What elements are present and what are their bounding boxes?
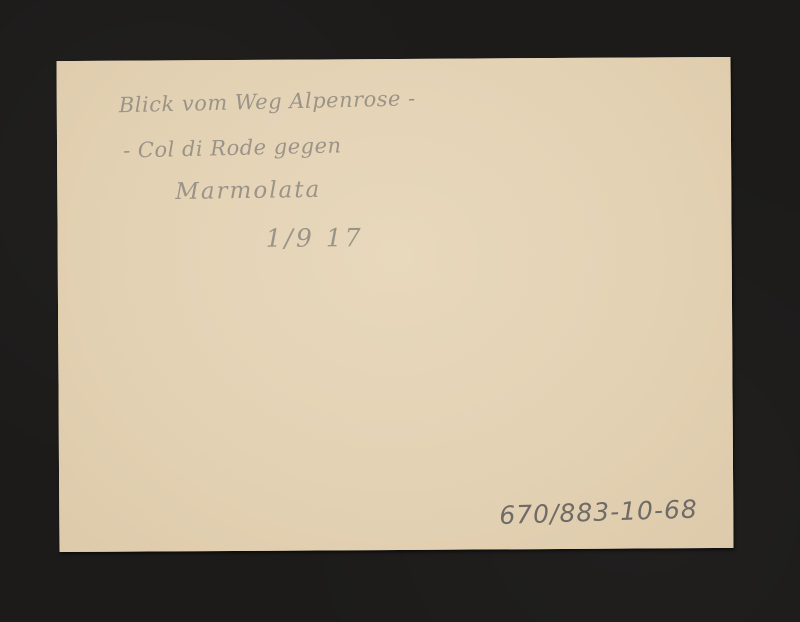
- catalog-number: 670/883-10-68: [499, 495, 698, 530]
- handwritten-caption-line-1: Blick vom Weg Alpenrose -: [119, 86, 416, 117]
- handwritten-caption-line-2: - Col di Rode gegen: [123, 133, 342, 162]
- handwritten-caption-line-3: Marmolata: [175, 177, 321, 205]
- photo-card-back: Blick vom Weg Alpenrose - - Col di Rode …: [57, 57, 734, 552]
- handwritten-date: 1/9 17: [266, 223, 364, 253]
